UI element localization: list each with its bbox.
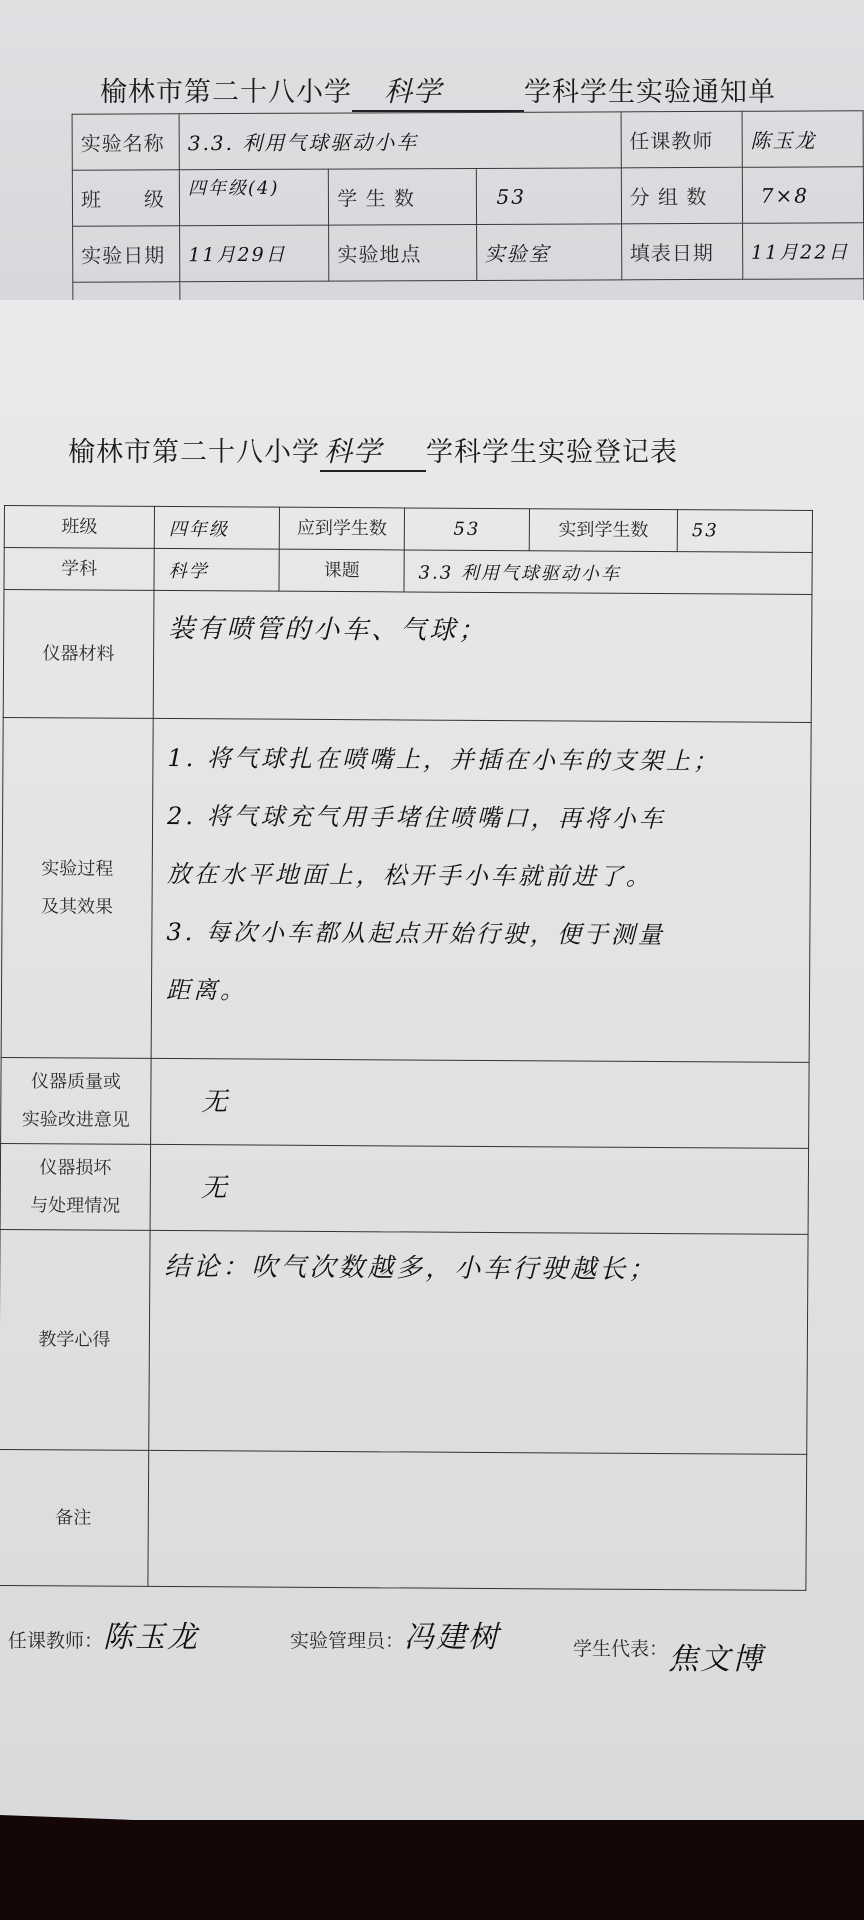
quality-value: 无: [165, 1086, 230, 1116]
record-row-process: 实验过程 及其效果 1. 将气球扎在喷嘴上，并插在小车的支架上； 2. 将气球充…: [1, 717, 811, 1062]
record-table: 班级 四年级 应到学生数 53 实到学生数 53 学科 科学 课题 3.3 利用…: [0, 505, 813, 1591]
process-label: 实验过程 及其效果: [1, 717, 153, 1058]
quality-label-line: 仪器质量或: [1, 1062, 150, 1101]
group-count-value: 7×8: [742, 167, 863, 224]
damage-label-line: 与处理情况: [1, 1186, 150, 1225]
teacher-signature-label: 任课教师：: [8, 1630, 103, 1652]
expected-count-label: 应到学生数: [279, 507, 404, 550]
record-row-damage: 仪器损坏 与处理情况 无: [0, 1143, 809, 1234]
materials-value: 装有喷管的小车、气球；: [154, 591, 811, 661]
record-row-subject: 学科 科学 课题 3.3 利用气球驱动小车: [4, 548, 812, 595]
process-label-line: 及其效果: [2, 887, 151, 926]
fill-date-label: 填表日期: [621, 223, 742, 280]
process-step: 3. 每次小车都从起点开始行驶，便于测量: [166, 903, 799, 965]
notice-table: 实验名称 3.3. 利用气球驱动小车 任课教师 陈玉龙 班 级 四年级(4) 学…: [72, 110, 864, 312]
location-label: 实验地点: [329, 224, 477, 281]
group-count-label: 分 组 数: [621, 167, 742, 224]
experiment-date-value: 11月29日: [180, 225, 329, 282]
record-row-quality: 仪器质量或 实验改进意见 无: [1, 1057, 810, 1148]
topic-value: 3.3 利用气球驱动小车: [404, 550, 812, 594]
process-step: 1. 将气球扎在喷嘴上，并插在小车的支架上；: [167, 729, 800, 791]
notice-row-class: 班 级 四年级(4) 学 生 数 53 分 组 数 7×8: [72, 167, 863, 226]
notice-form-title: 榆林市第二十八小学科学学科学生实验通知单: [100, 70, 800, 112]
record-title-prefix: 榆林市第二十八小学: [68, 437, 320, 468]
process-label-line: 实验过程: [3, 849, 152, 888]
damage-cell: 无: [150, 1144, 809, 1234]
process-step: 放在水平地面上，松开手小车就前进了。: [167, 845, 800, 907]
expected-count-value: 53: [404, 508, 529, 551]
notice-form-sheet: 榆林市第二十八小学科学学科学生实验通知单 实验名称 3.3. 利用气球驱动小车 …: [0, 0, 864, 300]
class-value: 四年级: [154, 506, 279, 549]
actual-count-value: 53: [677, 510, 812, 553]
damage-label: 仪器损坏 与处理情况: [0, 1143, 151, 1230]
process-step: 2. 将气球充气用手堵住喷嘴口，再将小车: [167, 787, 800, 849]
notes-label: 备注: [0, 1449, 149, 1586]
reflection-value: 结论：吹气次数越多，小车行驶越长；: [150, 1231, 807, 1299]
subject-value: 科学: [154, 548, 279, 591]
process-steps: 1. 将气球扎在喷嘴上，并插在小车的支架上； 2. 将气球充气用手堵住喷嘴口，再…: [152, 719, 811, 1023]
manager-signature-label: 实验管理员：: [290, 1630, 404, 1652]
process-cell: 1. 将气球扎在喷嘴上，并插在小车的支架上； 2. 将气球充气用手堵住喷嘴口，再…: [151, 718, 811, 1062]
student-signature-value: 焦文博: [668, 1642, 764, 1677]
student-count-label: 学 生 数: [329, 168, 477, 225]
fill-date-value: 11月22日: [742, 223, 863, 280]
manager-signature: 实验管理员：冯建树: [290, 1612, 500, 1656]
experiment-name-value: 3.3. 利用气球驱动小车: [179, 112, 621, 170]
student-signature-label: 学生代表：: [573, 1638, 668, 1660]
quality-label: 仪器质量或 实验改进意见: [1, 1057, 152, 1144]
damage-value: 无: [165, 1172, 230, 1202]
class-value: 四年级(4): [179, 169, 328, 226]
notice-row-experiment: 实验名称 3.3. 利用气球驱动小车 任课教师 陈玉龙: [72, 111, 863, 170]
reflection-label: 教学心得: [0, 1229, 150, 1450]
quality-cell: 无: [151, 1058, 810, 1148]
quality-label-line: 实验改进意见: [1, 1100, 150, 1139]
class-label: 班级: [4, 506, 154, 549]
subject-label: 学科: [4, 548, 154, 591]
materials-label: 仪器材料: [3, 590, 154, 719]
notice-title-suffix: 学科学生实验通知单: [524, 77, 776, 108]
record-form-sheet: 榆林市第二十八小学科学学科学生实验登记表 班级 四年级 应到学生数 53 实到学…: [0, 300, 864, 1820]
student-count-value: 53: [476, 168, 621, 225]
teacher-signature-value: 陈玉龙: [103, 1620, 199, 1655]
topic-label: 课题: [279, 549, 404, 592]
process-step: 距离。: [166, 961, 799, 1023]
signature-line: 任课教师：陈玉龙 实验管理员：冯建树 学生代表：焦文博: [8, 1600, 858, 1680]
record-title-subject: 科学: [320, 430, 426, 472]
damage-label-line: 仪器损坏: [1, 1148, 150, 1187]
experiment-date-label: 实验日期: [73, 226, 180, 282]
manager-signature-value: 冯建树: [404, 1620, 500, 1655]
student-signature: 学生代表：焦文博: [573, 1620, 764, 1664]
notice-title-prefix: 榆林市第二十八小学: [100, 77, 352, 108]
teacher-label: 任课教师: [621, 111, 742, 168]
teacher-signature: 任课教师：陈玉龙: [8, 1612, 199, 1656]
materials-cell: 装有喷管的小车、气球；: [153, 590, 812, 722]
record-row-materials: 仪器材料 装有喷管的小车、气球；: [3, 590, 812, 723]
record-row-notes: 备注: [0, 1449, 807, 1590]
notes-value: [148, 1450, 807, 1590]
reflection-cell: 结论：吹气次数越多，小车行驶越长；: [149, 1230, 808, 1454]
record-row-class: 班级 四年级 应到学生数 53 实到学生数 53: [4, 506, 812, 553]
notice-title-subject: 科学: [352, 70, 524, 112]
class-label: 班 级: [72, 170, 179, 226]
location-value: 实验室: [476, 224, 621, 281]
experiment-name-label: 实验名称: [72, 114, 179, 170]
record-row-reflection: 教学心得 结论：吹气次数越多，小车行驶越长；: [0, 1229, 808, 1454]
actual-count-label: 实到学生数: [529, 509, 677, 552]
notice-row-date: 实验日期 11月29日 实验地点 实验室 填表日期 11月22日: [73, 223, 864, 282]
record-form-title: 榆林市第二十八小学科学学科学生实验登记表: [68, 430, 678, 472]
record-title-suffix: 学科学生实验登记表: [426, 437, 678, 468]
teacher-value: 陈玉龙: [742, 111, 863, 168]
